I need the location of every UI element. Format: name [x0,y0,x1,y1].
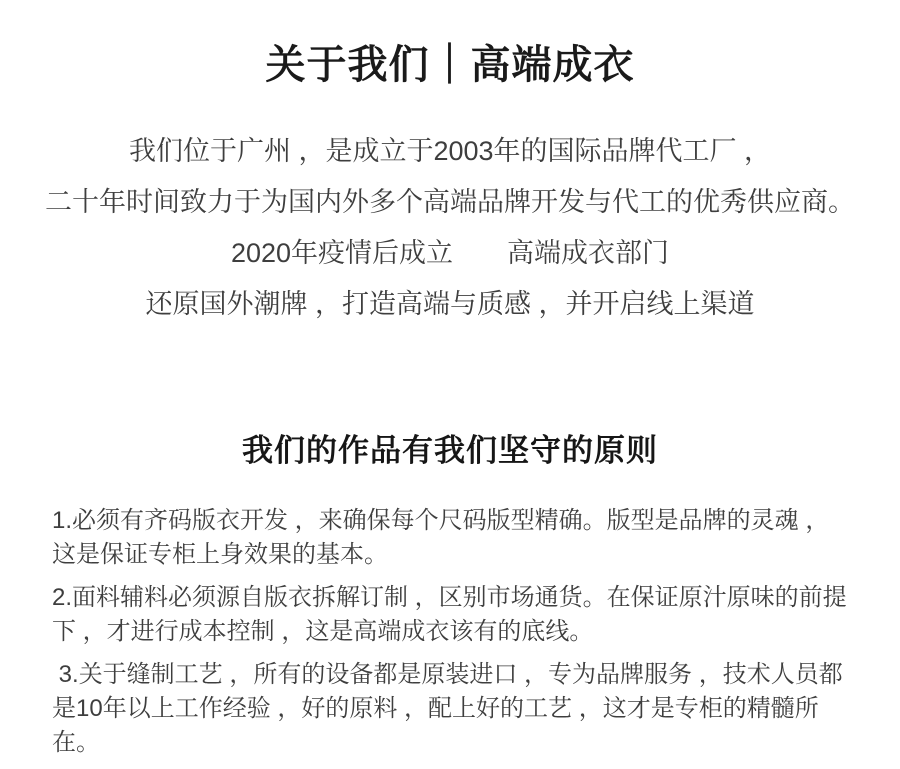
about-us-page: 关于我们｜高端成衣 我们位于广州 ，是成立于2003年的国际品牌代工厂 ， 二十… [0,0,900,769]
intro-line-channel: 还原国外潮牌 ，打造高端与质感 ，并开启线上渠道 [0,279,900,330]
principles-section: 1.必须有齐码版衣开发 ，来确保每个尺码版型精确。版型是品牌的灵魂 ，这是保证专… [52,504,848,760]
principles-heading: 我们的作品有我们坚守的原则 [0,430,900,472]
intro-line-location: 我们位于广州 ，是成立于2003年的国际品牌代工厂 ， [0,126,900,177]
principle-item-fabric: 2.面料辅料必须源自版衣拆解订制 ，区别市场通货。在保证原汁原味的前提下 ，才进… [52,581,848,649]
principle-item-craft: 3.关于缝制工艺 ，所有的设备都是原装进口 ，专为品牌服务 ，技术人员都是10年… [52,658,848,760]
intro-line-history: 二十年时间致力于为国内外多个高端品牌开发与代工的优秀供应商。 [0,177,900,228]
intro-line-department: 2020年疫情后成立 高端成衣部门 [0,228,900,279]
principle-item-sizing: 1.必须有齐码版衣开发 ，来确保每个尺码版型精确。版型是品牌的灵魂 ，这是保证专… [52,504,848,572]
page-title: 关于我们｜高端成衣 [0,0,900,90]
intro-section: 我们位于广州 ，是成立于2003年的国际品牌代工厂 ， 二十年时间致力于为国内外… [0,126,900,330]
